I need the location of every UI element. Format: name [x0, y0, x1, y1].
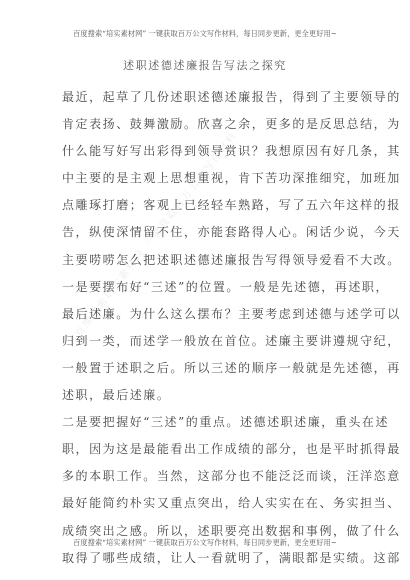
text-line: 一是要摆布好“三述”的位置。一般是先述德，再述职，: [62, 274, 350, 301]
page-header-banner: 百度搜索“培实素材网” 一键获取百万公文写作材料，每日同步更新，更全更好用~: [0, 29, 410, 39]
text-line: 点雕琢打磨；客观上已经轻车熟路，写了五六年这样的报: [62, 192, 350, 219]
paragraph-point-one: 一是要摆布好“三述”的位置。一般是先述德，再述职， 最后述廉。为什么这么摆布？主…: [62, 274, 350, 409]
document-title: 述职述德述廉报告写法之探究: [0, 57, 410, 73]
text-line: 最后述廉。为什么这么摆布？主要考虑到述德与述学可以: [62, 301, 350, 328]
text-line: 中主要的是主观上思想重视，肯下苦功深推细究，加班加: [62, 165, 350, 192]
text-line: 肯定表扬、鼓舞激励。欣喜之余，更多的是反思总结，为: [62, 111, 350, 138]
text-line: 主要唠唠怎么把述职述德述廉报告写得领导爱看不大改。: [62, 247, 350, 274]
paragraph-intro: 最近，起草了几份述职述德述廉报告，得到了主要领导的 肯定表扬、鼓舞激励。欣喜之余…: [62, 84, 350, 274]
text-line: 告，纵使深情留不住，亦能套路得人心。闲话少说，今天: [62, 219, 350, 246]
text-line: 归到一类，而述学一般放在首位。述廉主要讲遵规守纪，: [62, 328, 350, 355]
text-line: 二是要把握好“三述”的重点。述德述职述廉，重头在述: [62, 409, 350, 436]
text-line: 什么能写好写出彩得到领导赏识？我想原因有好几条，其: [62, 138, 350, 165]
text-line: 述职，最后述廉。: [62, 382, 350, 409]
text-line: 最好能简约朴实又重点突出，给人实实在在、务实担当、: [62, 490, 350, 517]
text-line: 一般置于述职之后。所以三述的顺序一般就是先述德，再: [62, 355, 350, 382]
text-line: 多的本职工作。当然，这部分也不能泛泛而谈，汪洋恣意: [62, 463, 350, 490]
text-line: 取得了哪些成绩，让人一看就明了，满眼都是实绩。这部: [62, 545, 350, 572]
text-line: 职，因为这是最能看出工作成绩的部分，也是平时抓得最: [62, 436, 350, 463]
page-footer-banner: 百度搜索“培实素材网” 一键获取百万公文写作材料，每日同步更新，更全更好用~: [0, 538, 410, 548]
text-line: 最近，起草了几份述职述德述廉报告，得到了主要领导的: [62, 84, 350, 111]
document-body: 最近，起草了几份述职述德述廉报告，得到了主要领导的 肯定表扬、鼓舞激励。欣喜之余…: [62, 84, 350, 572]
